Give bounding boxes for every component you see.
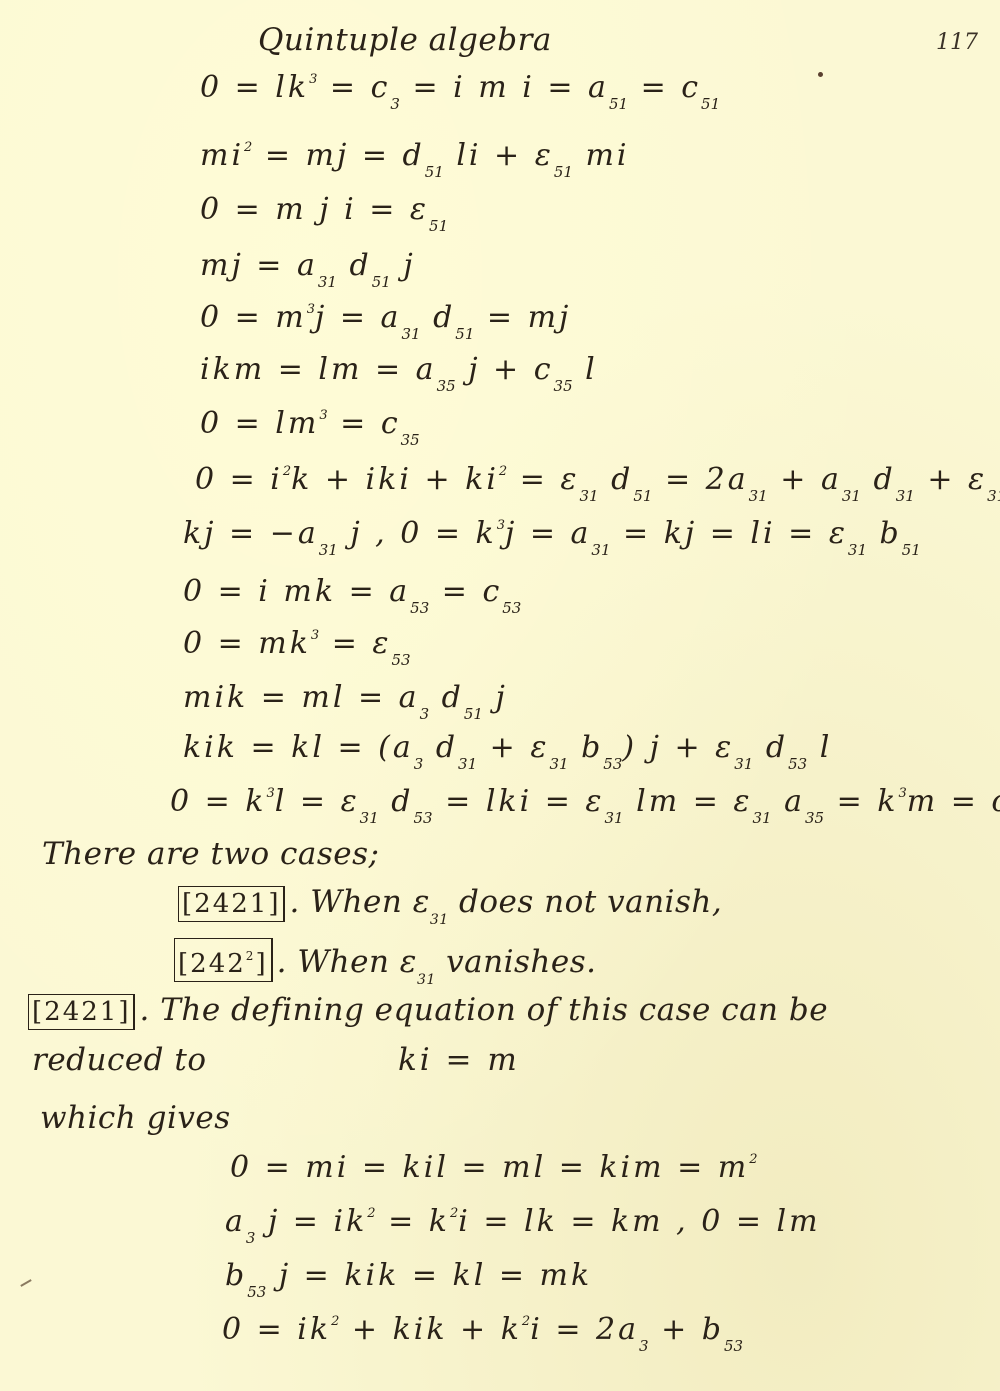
case-1-line: [2421]. When ε31 does not vanish, <box>178 884 722 928</box>
subscript: 51 <box>464 705 483 723</box>
superscript: 2 <box>499 464 507 479</box>
math-text: = mj <box>474 300 571 335</box>
subscript: 31 <box>605 809 624 827</box>
math-text: 0 = ik <box>222 1312 331 1347</box>
math-text: + kik + k <box>339 1312 522 1347</box>
reduced-to-text: reduced to <box>32 1042 207 1078</box>
subscript: 31 <box>401 325 420 343</box>
superscript: 3 <box>307 302 315 317</box>
math-text: = ε <box>319 626 391 661</box>
math-text: i = 2a <box>530 1312 639 1347</box>
result-line-1: 0 = mi = kil = ml = kim = m2 <box>230 1150 758 1185</box>
math-text: li + ε <box>444 138 554 173</box>
subscript: 31 <box>896 487 915 505</box>
math-text: d <box>379 784 414 819</box>
subscript: 3 <box>246 1229 256 1247</box>
subscript: 51 <box>372 273 391 291</box>
equation-line-10: 0 = i mk = a53 = c53 <box>183 574 521 617</box>
math-text: j + c <box>456 352 554 387</box>
subscript: 31 <box>360 809 379 827</box>
math-text: 0 = i <box>195 462 283 497</box>
math-text: = c <box>328 406 401 441</box>
math-text: d <box>423 730 458 765</box>
math-text: mj = a <box>200 248 318 283</box>
math-text: d <box>337 248 372 283</box>
math-text: b <box>867 516 902 551</box>
equation-line-12: mik = ml = a3 d51 j <box>183 680 508 723</box>
math-text: 0 = mi = kil = ml = kim = m <box>230 1150 749 1185</box>
subscript: 35 <box>554 377 573 395</box>
math-text: j <box>483 680 508 715</box>
subscript: 53 <box>724 1337 743 1355</box>
result-line-4: 0 = ik2 + kik + k2i = 2a3 + b53 <box>222 1312 743 1355</box>
subscript: 53 <box>502 599 521 617</box>
equation-line-3: 0 = m j i = ε51 <box>200 192 448 235</box>
subscript: 51 <box>425 163 444 181</box>
superscript: 2 <box>367 1206 375 1221</box>
equation-line-6: ikm = lm = a35 j + c35 l <box>200 352 598 395</box>
math-text: j = a <box>315 300 401 335</box>
math-text: ) j + ε <box>622 730 734 765</box>
section-heading-line: [2421]. The defining equation of this ca… <box>28 992 828 1030</box>
math-text: a <box>772 784 805 819</box>
subscript: 31 <box>987 487 1000 505</box>
math-text: 0 = i mk = a <box>183 574 410 609</box>
math-text: k + iki + ki <box>291 462 499 497</box>
subscript: 35 <box>401 431 420 449</box>
math-text: d <box>429 680 464 715</box>
subscript: 31 <box>549 755 568 773</box>
math-text: mi <box>573 138 630 173</box>
equation-line-8: 0 = i2k + iki + ki2 = ε31 d51 = 2a31 + a… <box>195 462 1000 505</box>
math-text: + ε <box>915 462 987 497</box>
subscript: 51 <box>429 217 448 235</box>
math-text: b <box>569 730 604 765</box>
math-text: j = a <box>505 516 591 551</box>
subscript: 31 <box>749 487 768 505</box>
math-text: 0 = lm <box>200 406 319 441</box>
subscript: 31 <box>848 541 867 559</box>
subscript: 31 <box>458 755 477 773</box>
math-text: a <box>225 1204 246 1239</box>
math-text: = c <box>429 574 502 609</box>
math-text: j <box>391 248 416 283</box>
math-text: 0 = lk <box>200 70 309 105</box>
math-text: = kj = li = ε <box>611 516 848 551</box>
case-1-tag: [2421] <box>178 886 285 922</box>
ink-spot <box>818 72 823 77</box>
math-text: 0 = m j i = ε <box>200 192 429 227</box>
subscript: 51 <box>633 487 652 505</box>
math-text: = c <box>317 70 390 105</box>
subscript: 51 <box>701 95 720 113</box>
superscript: 3 <box>497 518 505 533</box>
result-line-2: a3 j = ik2 = k2i = lk = km , 0 = lm <box>225 1204 821 1247</box>
equation-line-11: 0 = mk3 = ε53 <box>183 626 411 669</box>
math-text: = lki = ε <box>433 784 605 819</box>
equation-line-2: mi2 = mj = d51 li + ε51 mi <box>200 138 630 181</box>
case-2-text: When ε <box>297 944 417 980</box>
manuscript-page: 117 Quintuple algebra 0 = lk3 = c3 = i m… <box>0 0 1000 1391</box>
subscript: 51 <box>455 325 474 343</box>
subscript: 53 <box>247 1283 266 1301</box>
math-text: = i m i = a <box>400 70 609 105</box>
math-text: 0 = k <box>170 784 266 819</box>
page-number: 117 <box>936 30 978 55</box>
subscript: 31 <box>580 487 599 505</box>
math-text: l <box>807 730 832 765</box>
math-text: = ε <box>507 462 579 497</box>
page-title: Quintuple algebra <box>258 22 552 58</box>
math-text: l <box>573 352 598 387</box>
case-2-rest: vanishes. <box>436 944 597 980</box>
math-text: + b <box>649 1312 724 1347</box>
superscript: 3 <box>898 786 906 801</box>
math-text: = mj = d <box>252 138 424 173</box>
equation-line-7: 0 = lm3 = c35 <box>200 406 420 449</box>
equation-line-4: mj = a31 d51 j <box>200 248 416 291</box>
superscript: 2 <box>450 1206 458 1221</box>
subscript: 3 <box>420 705 430 723</box>
subscript: 31 <box>752 809 771 827</box>
section-text: The defining equation of this case can b… <box>160 992 828 1028</box>
superscript: 2 <box>749 1152 757 1167</box>
reduced-equation: ki = m <box>398 1042 520 1078</box>
math-text: b <box>225 1258 247 1293</box>
subscript: 51 <box>902 541 921 559</box>
equation-line-13: kik = kl = (a3 d31 + ε31 b53) j + ε31 d5… <box>183 730 832 773</box>
math-text: ikm = lm = a <box>200 352 437 387</box>
subscript: 53 <box>410 599 429 617</box>
case-1-subscript: 31 <box>430 912 449 928</box>
math-text: mi <box>200 138 244 173</box>
subscript: 31 <box>319 541 338 559</box>
subscript: 53 <box>414 809 433 827</box>
math-text: d <box>861 462 896 497</box>
math-text: = k <box>376 1204 450 1239</box>
subscript: 3 <box>639 1337 649 1355</box>
equation-line-9: kj = −a31 j , 0 = k3j = a31 = kj = li = … <box>183 516 921 559</box>
subscript: 35 <box>437 377 456 395</box>
math-text: + a <box>768 462 842 497</box>
math-text: 0 = mk <box>183 626 311 661</box>
case-2-subscript: 31 <box>417 972 436 988</box>
subscript: 35 <box>805 809 824 827</box>
math-text: mik = ml = a <box>183 680 420 715</box>
math-text: l = ε <box>275 784 360 819</box>
subscript: 51 <box>609 95 628 113</box>
math-text: lm = ε <box>624 784 753 819</box>
math-text: j , 0 = k <box>338 516 497 551</box>
math-text: kik = kl = (a <box>183 730 414 765</box>
subscript: 3 <box>390 95 400 113</box>
case-2-tag: [2422] <box>174 938 273 982</box>
section-tag: [2421] <box>28 994 135 1030</box>
superscript: 3 <box>311 628 319 643</box>
case-2-line: [2422]. When ε31 vanishes. <box>174 938 597 988</box>
equation-line-5: 0 = m3j = a31 d51 = mj <box>200 300 571 343</box>
math-text: + ε <box>477 730 549 765</box>
equation-line-1: 0 = lk3 = c3 = i m i = a51 = c51 <box>200 70 720 113</box>
case-1-text: When ε <box>310 884 430 920</box>
superscript: 3 <box>266 786 274 801</box>
two-cases-intro: There are two cases; <box>42 836 379 872</box>
subscript: 31 <box>318 273 337 291</box>
math-text: d <box>421 300 456 335</box>
superscript: 3 <box>319 408 327 423</box>
math-text: = c <box>628 70 701 105</box>
math-text: m = c <box>907 784 1000 819</box>
math-text: d <box>753 730 788 765</box>
subscript: 31 <box>842 487 861 505</box>
case-1-rest: does not vanish, <box>449 884 723 920</box>
math-text: 0 = m <box>200 300 307 335</box>
subscript: 53 <box>392 651 411 669</box>
math-text: kj = −a <box>183 516 319 551</box>
math-text: j = ik <box>255 1204 367 1239</box>
result-line-3: b53 j = kik = kl = mk <box>225 1258 592 1301</box>
subscript: 31 <box>734 755 753 773</box>
subscript: 53 <box>788 755 807 773</box>
math-text: d <box>599 462 634 497</box>
math-text: i = lk = km , 0 = lm <box>458 1204 820 1239</box>
superscript: 2 <box>522 1314 530 1329</box>
math-text: = 2a <box>652 462 748 497</box>
math-text: = k <box>824 784 898 819</box>
subscript: 31 <box>591 541 610 559</box>
math-text: j = kik = kl = mk <box>266 1258 592 1293</box>
subscript: 51 <box>554 163 573 181</box>
equation-line-14: 0 = k3l = ε31 d53 = lki = ε31 lm = ε31 a… <box>170 784 1000 827</box>
which-gives-text: which gives <box>40 1100 231 1136</box>
subscript: 53 <box>603 755 622 773</box>
subscript: 3 <box>414 755 424 773</box>
margin-mark <box>20 1279 31 1287</box>
superscript: 2 <box>283 464 291 479</box>
